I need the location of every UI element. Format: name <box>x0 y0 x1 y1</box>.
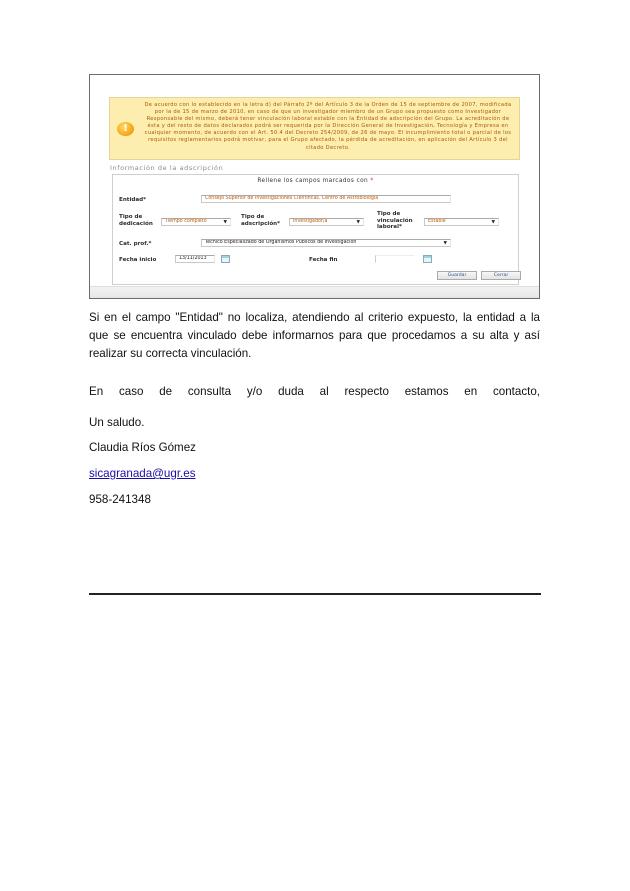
dedicacion-select[interactable]: Tiempo completo ▼ <box>161 218 231 226</box>
warning-text: De acuerdo con lo establecido en la letr… <box>141 102 515 152</box>
email-link[interactable]: sicagranada@ugr.es <box>89 467 196 480</box>
section-title: Información de la adscripción <box>110 164 223 172</box>
horizontal-rule <box>89 593 541 595</box>
paragraph-entidad: Si en el campo "Entidad" no localiza, at… <box>89 309 540 363</box>
fecha-inicio-field[interactable]: 13/11/2013 <box>175 255 215 263</box>
chevron-down-icon: ▼ <box>492 220 495 226</box>
form-header: Rellene los campos marcados con * <box>113 178 518 184</box>
dedicacion-label: Tipo de dedicación <box>119 214 159 227</box>
vinculacion-value: Estable <box>428 219 446 224</box>
warning-icon: ! <box>117 122 134 136</box>
greeting: Un saludo. <box>89 416 144 429</box>
phone-number: 958-241348 <box>89 493 151 506</box>
adscription-form: Rellene los campos marcados con * Entida… <box>112 174 519 285</box>
chevron-down-icon: ▼ <box>444 241 447 247</box>
warning-box: ! De acuerdo con lo establecido en la le… <box>109 97 520 160</box>
form-header-text: Rellene los campos marcados con <box>257 178 368 184</box>
adscripcion-value: Investigador/a <box>293 219 327 224</box>
signature-name: Claudia Ríos Gómez <box>89 441 196 454</box>
cerrar-button[interactable]: Cerrar <box>481 271 521 280</box>
window-bottom-bar <box>90 286 539 298</box>
guardar-button[interactable]: Guardar <box>437 271 477 280</box>
calendar-icon[interactable] <box>423 255 432 263</box>
dedicacion-value: Tiempo completo <box>165 219 207 224</box>
fecha-fin-label: Fecha fin <box>309 257 338 264</box>
catprof-label: Cat. prof.* <box>119 241 151 248</box>
catprof-value: Técnico Especializado de Organismos Públ… <box>205 240 356 245</box>
adscripcion-label: Tipo de adscripción* <box>241 214 281 227</box>
vinculacion-label: Tipo de vinculación laboral* <box>377 211 425 231</box>
entidad-label: Entidad* <box>119 197 146 204</box>
catprof-select[interactable]: Técnico Especializado de Organismos Públ… <box>201 239 451 247</box>
required-star: * <box>370 178 373 184</box>
fecha-fin-field[interactable] <box>375 255 415 263</box>
paragraph-consulta: En caso de consulta y/o duda al respecto… <box>89 383 540 401</box>
calendar-icon[interactable] <box>221 255 230 263</box>
vinculacion-select[interactable]: Estable ▼ <box>424 218 499 226</box>
fecha-inicio-label: Fecha inicio <box>119 257 156 264</box>
chevron-down-icon: ▼ <box>224 220 227 226</box>
embedded-screenshot: ! De acuerdo con lo establecido en la le… <box>89 74 540 299</box>
adscripcion-select[interactable]: Investigador/a ▼ <box>289 218 364 226</box>
entidad-field[interactable]: Consejo Superior de Investigaciones Cien… <box>201 195 451 203</box>
chevron-down-icon: ▼ <box>357 220 360 226</box>
